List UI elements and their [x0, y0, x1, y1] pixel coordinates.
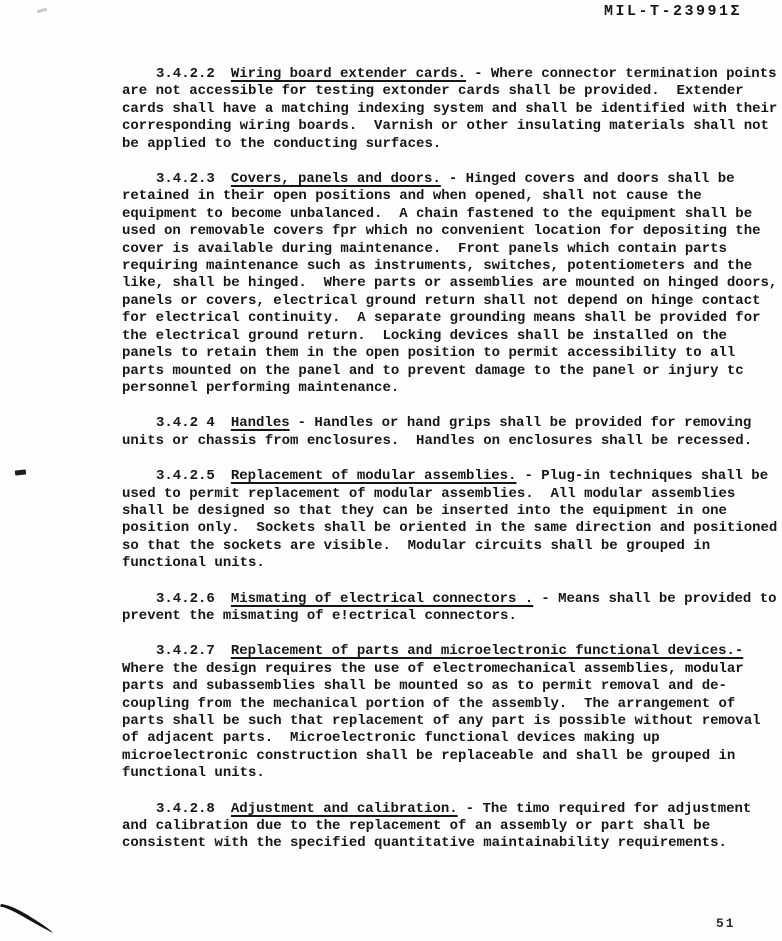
- document-page: MIL-T-23991Σ 3.4.2.2Wiring board extende…: [0, 0, 782, 941]
- section-number: 3.4.2.2: [156, 66, 215, 82]
- document-id: MIL-T-23991Σ: [604, 3, 742, 20]
- para-3-4-2-2: 3.4.2.2Wiring board extender cards.- Whe…: [122, 66, 780, 153]
- section-heading: Covers, panels and doors.: [231, 171, 441, 187]
- para-3-4-2-6: 3.4.2.6Mismating of electrical connector…: [122, 591, 780, 626]
- margin-dash-mark: [15, 469, 26, 475]
- section-heading: Adjustment and calibration.: [231, 801, 458, 817]
- para-3-4-2-8: 3.4.2.8Adjustment and calibration.- The …: [122, 801, 780, 853]
- document-body: 3.4.2.2Wiring board extender cards.- Whe…: [122, 66, 780, 871]
- section-number: 3.4.2.5: [156, 468, 215, 484]
- section-number: 3.4.2.8: [156, 801, 215, 817]
- section-text: - Handles or hand grips shall be provide…: [122, 415, 760, 448]
- para-3-4-2-5: 3.4.2.5Replacement of modular assemblies…: [122, 468, 780, 572]
- section-heading: Wiring board extender cards.: [231, 66, 466, 82]
- para-3-4-2-7: 3.4.2.7Replacement of parts and microele…: [122, 643, 780, 782]
- section-number: 3.4.2.6: [156, 591, 215, 607]
- para-3-4-2-3: 3.4.2.3Covers, panels and doors.- Hinged…: [122, 171, 780, 397]
- section-number: 3.4.2 4: [156, 415, 215, 431]
- section-heading: Handles: [231, 415, 290, 431]
- section-number: 3.4.2.7: [156, 643, 215, 659]
- section-text: - Hinged covers and doors shall be retai…: [122, 171, 782, 396]
- section-heading: Replacement of parts and microelectronic…: [231, 643, 743, 659]
- pen-stroke-mark: [0, 898, 60, 938]
- para-3-4-2-4: 3.4.2 4Handles- Handles or hand grips sh…: [122, 415, 780, 450]
- section-number: 3.4.2.3: [156, 171, 215, 187]
- section-text: Where the design requires the use of ele…: [122, 661, 769, 781]
- section-heading: Mismating of electrical connectors .: [231, 591, 533, 607]
- faint-smudge-mark: [37, 8, 47, 13]
- section-heading: Replacement of modular assemblies.: [231, 468, 517, 484]
- page-number: 51: [716, 916, 736, 931]
